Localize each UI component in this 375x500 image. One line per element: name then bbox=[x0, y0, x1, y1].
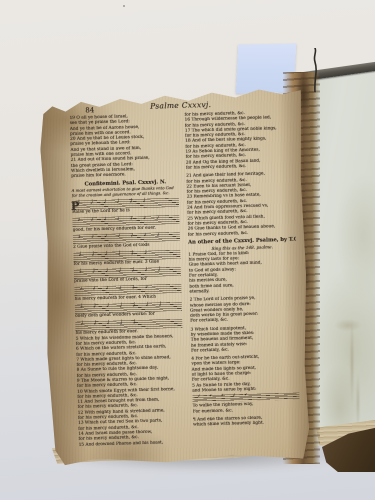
music-staff-row: ♩ ♩ ♩ ♩ ♩ ♩ for his mercy endureth for e… bbox=[73, 249, 181, 267]
left-page: 84 Psalme Cxxxvj. 19 O all ye house of I… bbox=[39, 86, 311, 465]
music-staff-row: ♩ ♩ ♩ ♩ ♩ his mercy endureth for euer. bbox=[75, 318, 183, 336]
column-right: for his mercy endureth, &c. 16 Through w… bbox=[184, 110, 301, 445]
drop-cap: P bbox=[71, 201, 80, 212]
music-staff-row: P ♩ ♩ ♩ ♩ ♩ ♩ Raise ye the Lord for he i… bbox=[72, 197, 180, 215]
dust-speck bbox=[123, 5, 125, 7]
background-surface: 84 Psalme Cxxxvj. 19 O all ye house of I… bbox=[0, 0, 375, 500]
music-staff-row: ♩ ♩ ♩ ♩ ♩ ♩ ♩ good, for his mercy endure… bbox=[72, 214, 180, 232]
music-staff-row: ♩ ♩ ♩ ♩ ♩ ♩ ♩ 2 Giue praise vnto the God… bbox=[73, 232, 181, 250]
page-content: 84 Psalme Cxxxvj. 19 O all ye house of I… bbox=[39, 86, 311, 465]
music-staff-row: ♩ ♩ ♩ ♩ ♩ ♩ ♩ onely doth great wonders w… bbox=[75, 301, 183, 319]
music-staff-row: ♩ ♩ ♩ ♩ ♩ ♩ ♩ praise vnto the Lord of Lo… bbox=[74, 266, 182, 284]
running-header: Psalme Cxxxvj. bbox=[69, 98, 292, 113]
column-left: 19 O all ye house of Israel, see that ye… bbox=[69, 113, 186, 448]
bookmark-thread-icon bbox=[306, 48, 324, 92]
music-staff-row: ♩ ♩ ♩ ♩ ♩ ♩ his mercy endureth for euer.… bbox=[74, 284, 182, 302]
